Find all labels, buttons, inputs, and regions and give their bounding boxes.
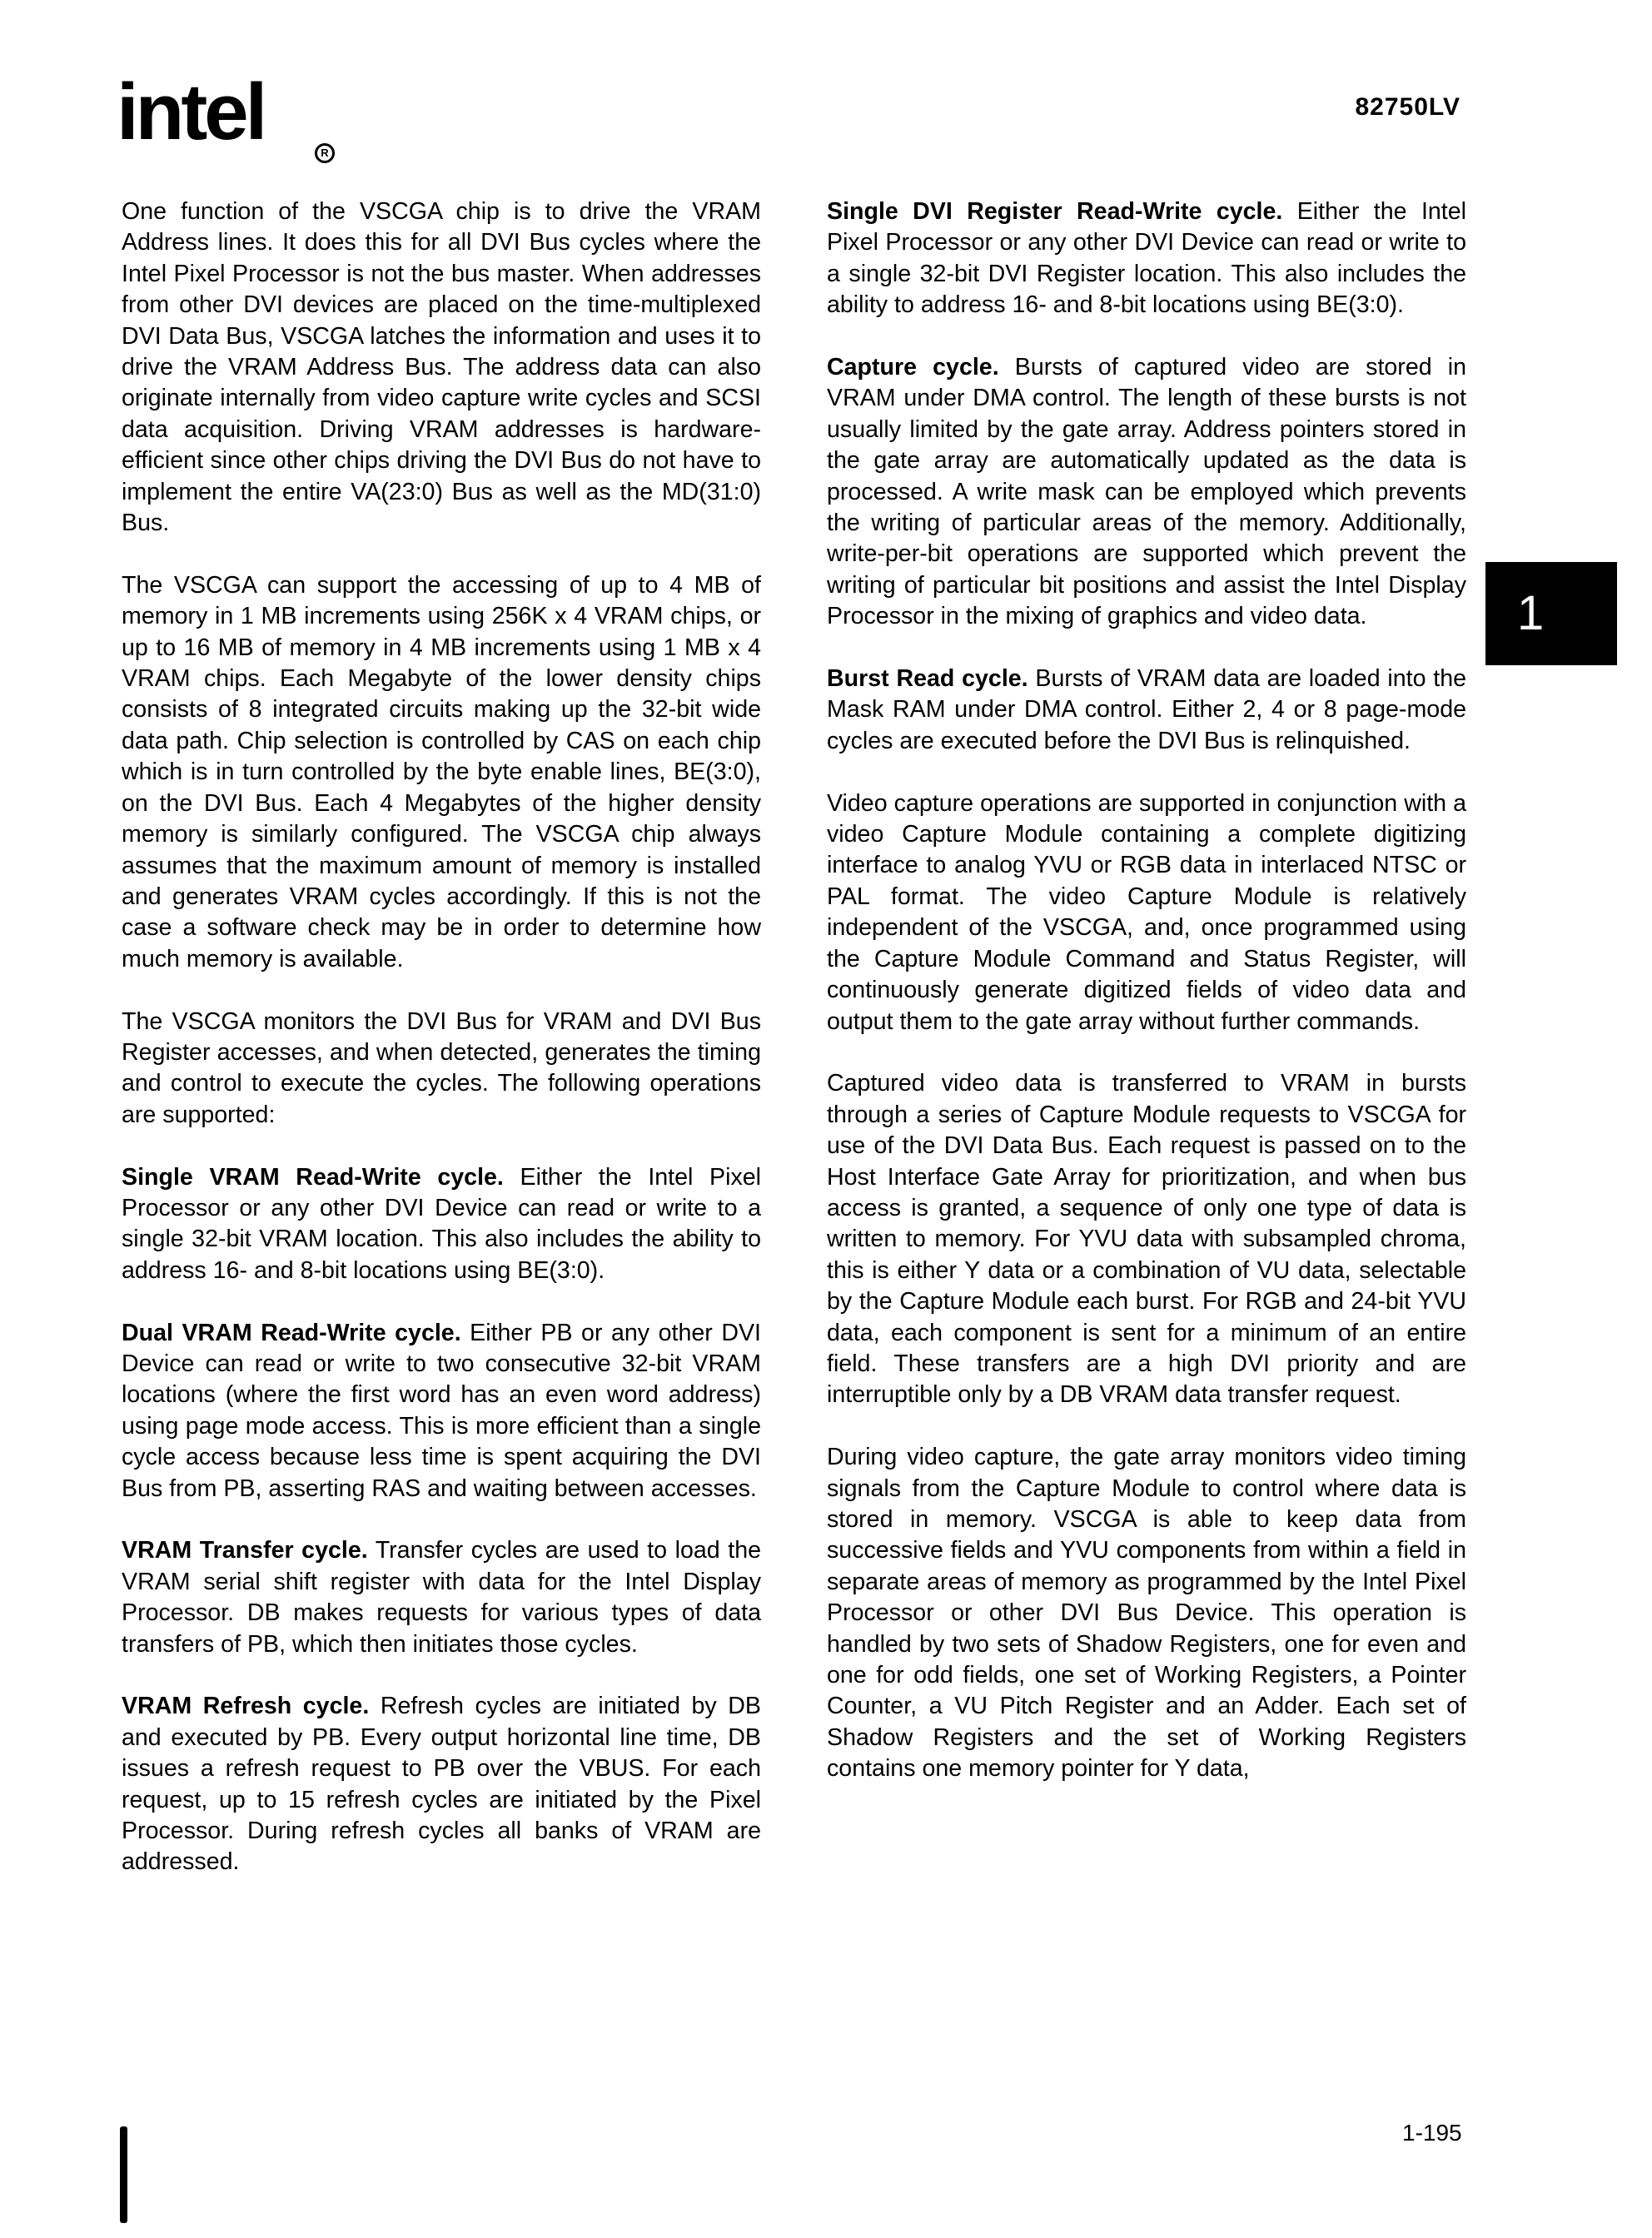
left-column: One function of the VSCGA chip is to dri… (122, 196, 761, 1909)
registered-trademark-icon: R (315, 143, 335, 163)
paragraph: Single DVI Register Read-Write cycle. Ei… (827, 196, 1466, 321)
paragraph: Dual VRAM Read-Write cycle. Either PB or… (122, 1318, 761, 1504)
paragraph: During video capture, the gate array mon… (827, 1442, 1466, 1784)
paragraph-text: Either PB or any other DVI Device can re… (122, 1320, 761, 1502)
paragraph-text: During video capture, the gate array mon… (827, 1444, 1466, 1782)
paragraph: The VSCGA monitors the DVI Bus for VRAM … (122, 1007, 761, 1131)
paragraph-text: Captured video data is transferred to VR… (827, 1070, 1466, 1408)
paragraph-text: Refresh cycles are initiated by DB and e… (122, 1693, 761, 1875)
paragraph-heading: Single VRAM Read-Write cycle. (122, 1164, 504, 1191)
paragraph-heading: Single DVI Register Read-Write cycle. (827, 198, 1282, 225)
paragraph-text: The VSCGA can support the accessing of u… (122, 572, 761, 972)
paragraph-heading: Capture cycle. (827, 354, 999, 380)
paragraph: Captured video data is transferred to VR… (827, 1068, 1466, 1410)
paragraph: VRAM Transfer cycle. Transfer cycles are… (122, 1535, 761, 1660)
section-tab: 1 (1485, 562, 1617, 665)
paragraph-text: Bursts of captured video are stored in V… (827, 354, 1466, 629)
paragraph-text: One function of the VSCGA chip is to dri… (122, 198, 761, 536)
part-number: 82750LV (1355, 93, 1460, 122)
section-tab-label: 1 (1517, 585, 1544, 641)
right-column: Single DVI Register Read-Write cycle. Ei… (827, 196, 1466, 1816)
paragraph: VRAM Refresh cycle. Refresh cycles are i… (122, 1691, 761, 1877)
change-bar (120, 2126, 127, 2223)
paragraph-heading: VRAM Transfer cycle. (122, 1537, 368, 1564)
paragraph: The VSCGA can support the accessing of u… (122, 570, 761, 975)
paragraph-text: Video capture operations are supported i… (827, 790, 1466, 1035)
paragraph-heading: VRAM Refresh cycle. (122, 1693, 369, 1719)
paragraph: One function of the VSCGA chip is to dri… (122, 196, 761, 539)
intel-logo: intel R (117, 67, 333, 167)
paragraph: Burst Read cycle. Bursts of VRAM data ar… (827, 664, 1466, 757)
paragraph-heading: Dual VRAM Read-Write cycle. (122, 1320, 461, 1346)
logo-wordmark: intel (117, 67, 264, 158)
paragraph-text: The VSCGA monitors the DVI Bus for VRAM … (122, 1008, 761, 1128)
page-number: 1-195 (1402, 2120, 1462, 2146)
paragraph: Video capture operations are supported i… (827, 788, 1466, 1037)
paragraph: Capture cycle. Bursts of captured video … (827, 352, 1466, 633)
paragraph: Single VRAM Read-Write cycle. Either the… (122, 1162, 761, 1287)
paragraph-heading: Burst Read cycle. (827, 665, 1028, 692)
